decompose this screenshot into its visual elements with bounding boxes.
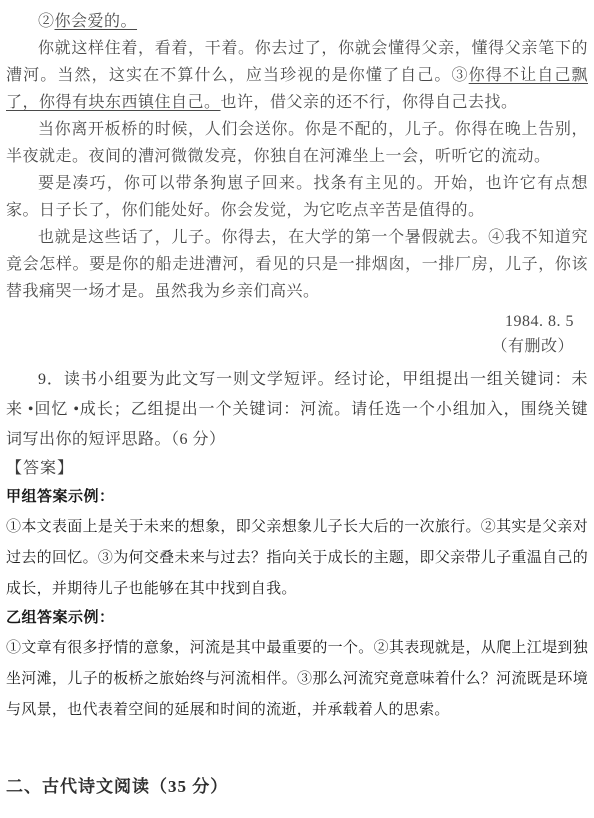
reading-passage: ②你会爱的。 你就这样住着，看着，干着。你去过了，你就会懂得父亲，懂得父亲笔下的…: [6, 8, 588, 359]
publication-date: 1984. 8. 5: [6, 309, 588, 335]
underlined-sentence-2: 你会爱的。: [55, 13, 138, 30]
passage-paragraph-4: 要是凑巧，你可以带条狗崽子回来。找条有主见的。开始，也许它有点想家。日子长了，你…: [6, 170, 588, 224]
passage-paragraph-3: 当你离开板桥的时候，人们会送你。你是不配的，儿子。你得在晚上告别，半夜就走。夜间…: [6, 116, 588, 170]
answer-block: 【答案】 甲组答案示例： ①本文表面上是关于未来的想象，即父亲想象儿子长大后的一…: [6, 455, 588, 725]
group-b-header: 乙组答案示例：: [6, 604, 588, 632]
section-heading-ancient-poetry: 二、古代诗文阅读（35 分）: [6, 775, 588, 799]
passage-paragraph-5: 也就是这些话了，儿子。你得去，在大学的第一个暑假就去。④我不知道究竟会怎样。要是…: [6, 224, 588, 305]
exam-document-page: ②你会爱的。 你就这样住着，看着，干着。你去过了，你就会懂得父亲，懂得父亲笔下的…: [0, 0, 594, 818]
group-a-answer: ①本文表面上是关于未来的想象，即父亲想象儿子长大后的一次旅行。②其实是父亲对过去…: [6, 511, 588, 604]
answer-label: 【答案】: [6, 455, 588, 483]
question-9-text: 9．读书小组要为此文写一则文学短评。经讨论，甲组提出一组关键词：未来 •回忆 •…: [6, 365, 588, 455]
group-b-answer: ①文章有很多抒情的意象，河流是其中最重要的一个。②其表现就是，从爬上江堤到独坐河…: [6, 632, 588, 725]
paragraph-2-text-after: 也许，借父亲的还不行，你得自己去找。: [221, 94, 518, 111]
passage-paragraph-1: ②你会爱的。: [6, 8, 588, 35]
question-9: 9．读书小组要为此文写一则文学短评。经讨论，甲组提出一组关键词：未来 •回忆 •…: [6, 365, 588, 455]
passage-paragraph-2: 你就这样住着，看着，干着。你去过了，你就会懂得父亲，懂得父亲笔下的漕河。当然，这…: [6, 35, 588, 116]
group-a-header: 甲组答案示例：: [6, 483, 588, 511]
circled-number-2: ②: [38, 13, 55, 30]
edited-note: （有删改）: [6, 335, 588, 359]
